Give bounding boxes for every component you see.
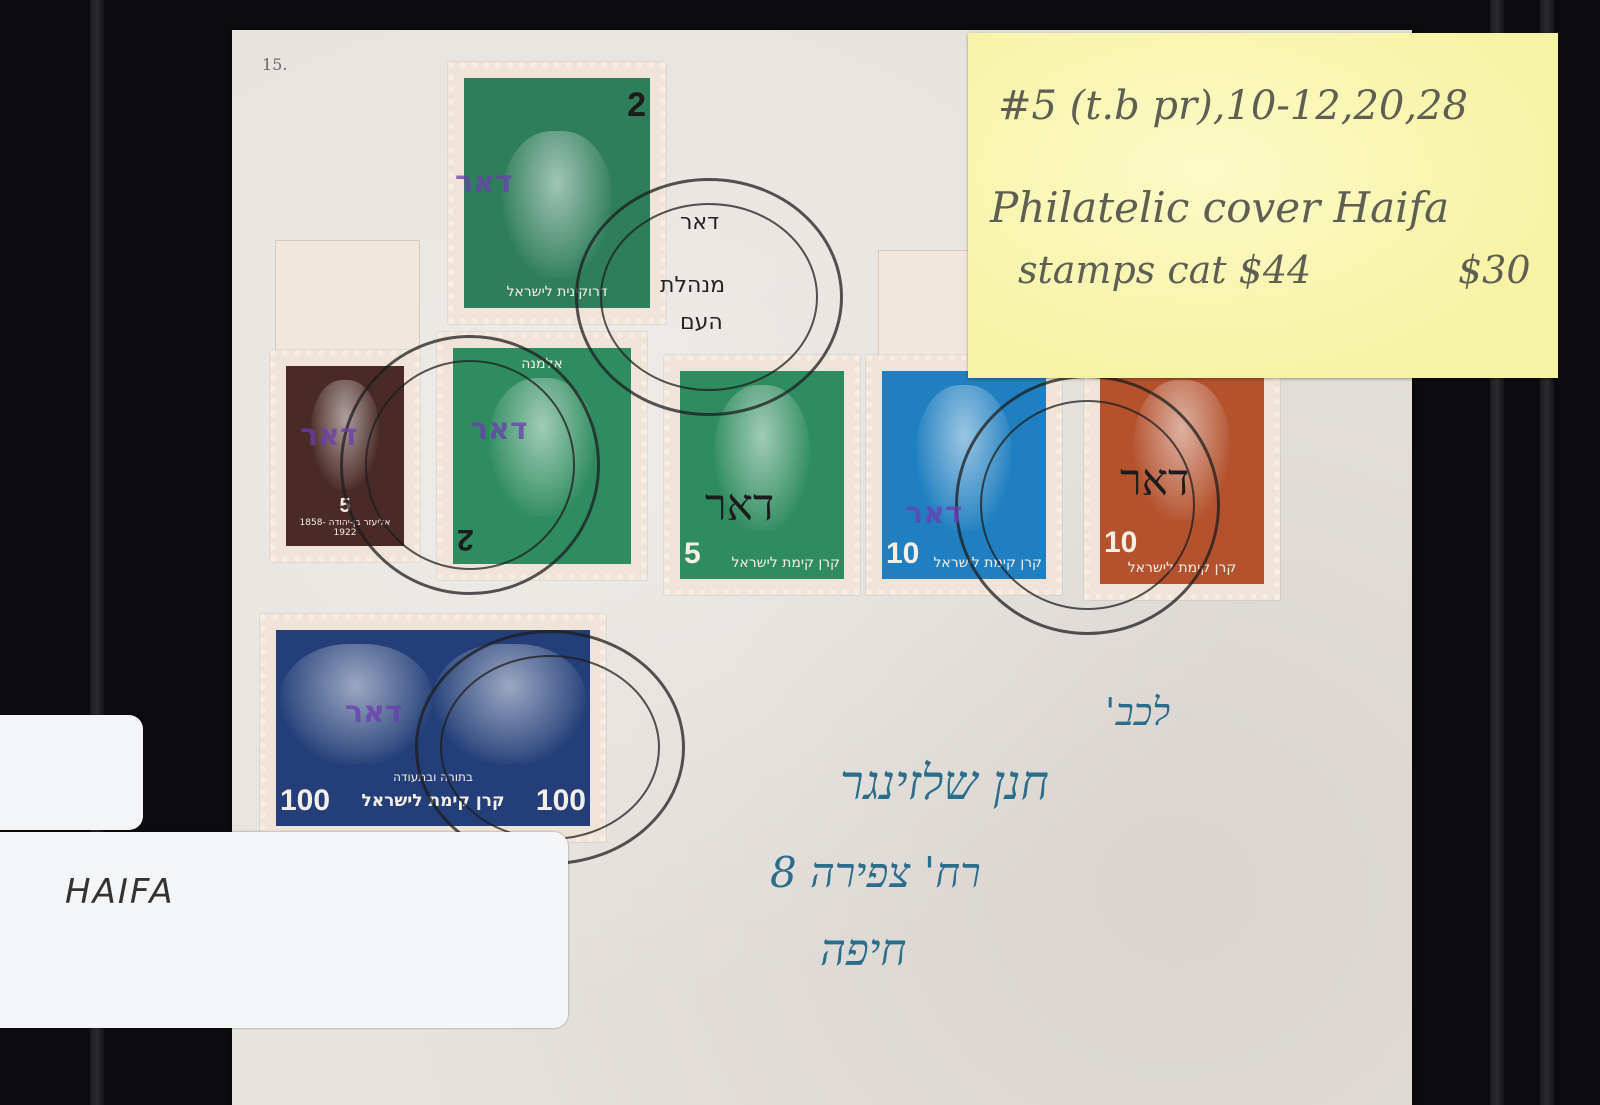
note-price: $30 (1458, 248, 1531, 292)
small-blank-label (0, 715, 143, 830)
stamp-denomination: 10 (886, 537, 919, 571)
stamp-denomination: 5 (684, 537, 701, 571)
address-line-1: לכב' (1105, 690, 1170, 735)
stamp-caption: קרן קימת לישראל (731, 555, 840, 571)
overprint-herzl-bottom: דאר (470, 412, 528, 447)
stamp-denomination: 2 (627, 86, 646, 125)
postmark-text-minhelet: מנהלת (660, 268, 725, 303)
postmark-bottom (415, 630, 685, 865)
dar-cancel-rust: דאר (1120, 455, 1189, 506)
note-catalog-numbers: #5 (t.b pr),10-12,20,28 (998, 83, 1468, 129)
address-line-2: חנן שלזינגר (840, 755, 1049, 811)
note-catalog-value: stamps cat $44 (1018, 248, 1311, 292)
overprint-weizmann: דאר (905, 496, 963, 531)
location-label-text: HAIFA (65, 872, 175, 912)
selvage-tab-left (275, 240, 420, 354)
overprint-bialik: דאר (345, 695, 403, 730)
postmark-text-dar: דאר (680, 205, 719, 240)
note-description: Philatelic cover Haifa (990, 183, 1449, 232)
sticky-note: #5 (t.b pr),10-12,20,28 Philatelic cover… (968, 33, 1558, 378)
postmark-left (340, 335, 600, 595)
stamp-denomination-left: 100 (280, 784, 330, 818)
address-line-4: חיפה (820, 925, 906, 976)
overprint-herzl: דאר (455, 165, 513, 200)
overprint-ben-yehuda: דאר (300, 418, 358, 453)
postmark-text-haam: העם (680, 305, 723, 340)
address-line-3: רח' צפירה 8 (770, 848, 981, 898)
location-label: HAIFA (0, 832, 568, 1028)
dar-cancel-green: דאר (705, 480, 774, 531)
corner-pencil-mark: 15. (262, 55, 287, 74)
